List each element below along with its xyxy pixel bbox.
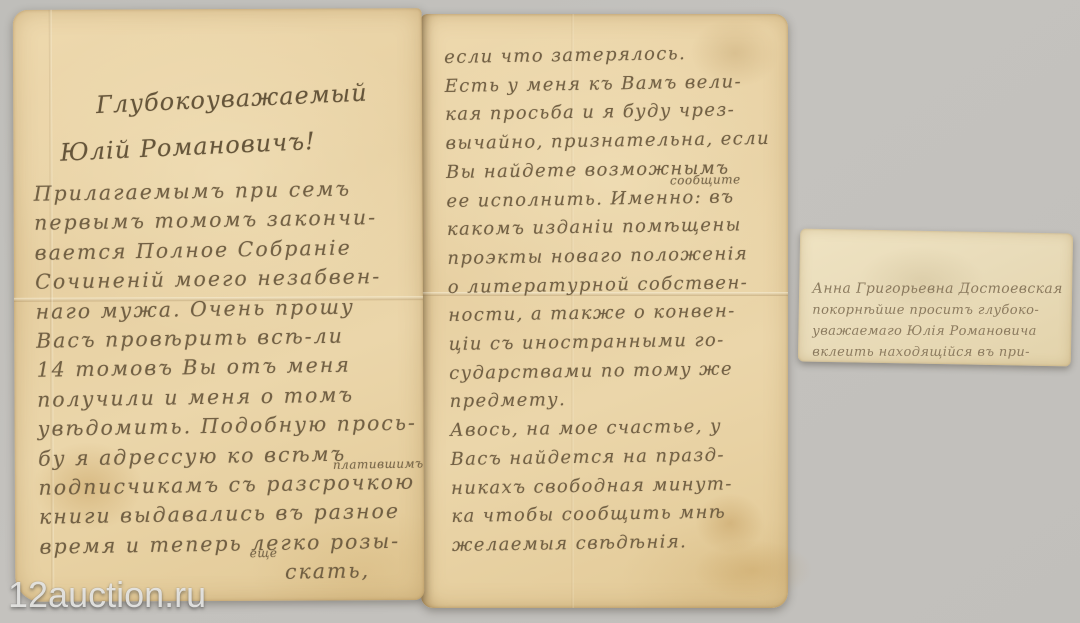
handwriting-block: Прилагаемымъ при семъ первымъ томомъ зак… bbox=[33, 174, 419, 592]
handwritten-line: покорнѣйше проситъ глубоко- bbox=[812, 300, 1062, 321]
handwritten-line: вклеить находящійся въ при- bbox=[812, 342, 1062, 363]
letter-left-page: Глубокоуважаемый Юлій Романовичъ! Прилаг… bbox=[13, 8, 425, 602]
handwritten-line: уважаемаго Юлія Романовича bbox=[812, 321, 1062, 342]
interlinear-insertion: еще bbox=[250, 547, 278, 559]
letter-right-page: если что затерялось. Есть у меня къ Вамъ… bbox=[421, 14, 788, 608]
handwritten-line-text: скать, bbox=[285, 559, 370, 584]
card-handwriting-block: Анна Григорьевна Достоевская покорнѣйше … bbox=[812, 279, 1063, 363]
handwriting-block: если что затерялось. Есть у меня къ Вамъ… bbox=[444, 39, 777, 561]
visiting-card: Анна Григорьевна Достоевская покорнѣйше … bbox=[798, 229, 1073, 367]
interlinear-insertion: сообщите bbox=[670, 173, 741, 186]
watermark-12auction: 12auction.ru bbox=[8, 574, 206, 616]
handwritten-line-text: подписчикамъ съ разсрочкою bbox=[38, 470, 415, 500]
card-name-line: Анна Григорьевна Достоевская bbox=[812, 279, 1062, 300]
auction-photo-stage: если что затерялось. Есть у меня къ Вамъ… bbox=[0, 0, 1080, 623]
handwritten-line-text: ее исполнить. Именно: въ bbox=[446, 186, 734, 212]
interlinear-insertion: платившимъ bbox=[333, 457, 424, 471]
handwritten-line: желаемыя свѣдѣнія. bbox=[452, 527, 777, 561]
salutation-block: Глубокоуважаемый Юлій Романовичъ! bbox=[13, 67, 426, 178]
